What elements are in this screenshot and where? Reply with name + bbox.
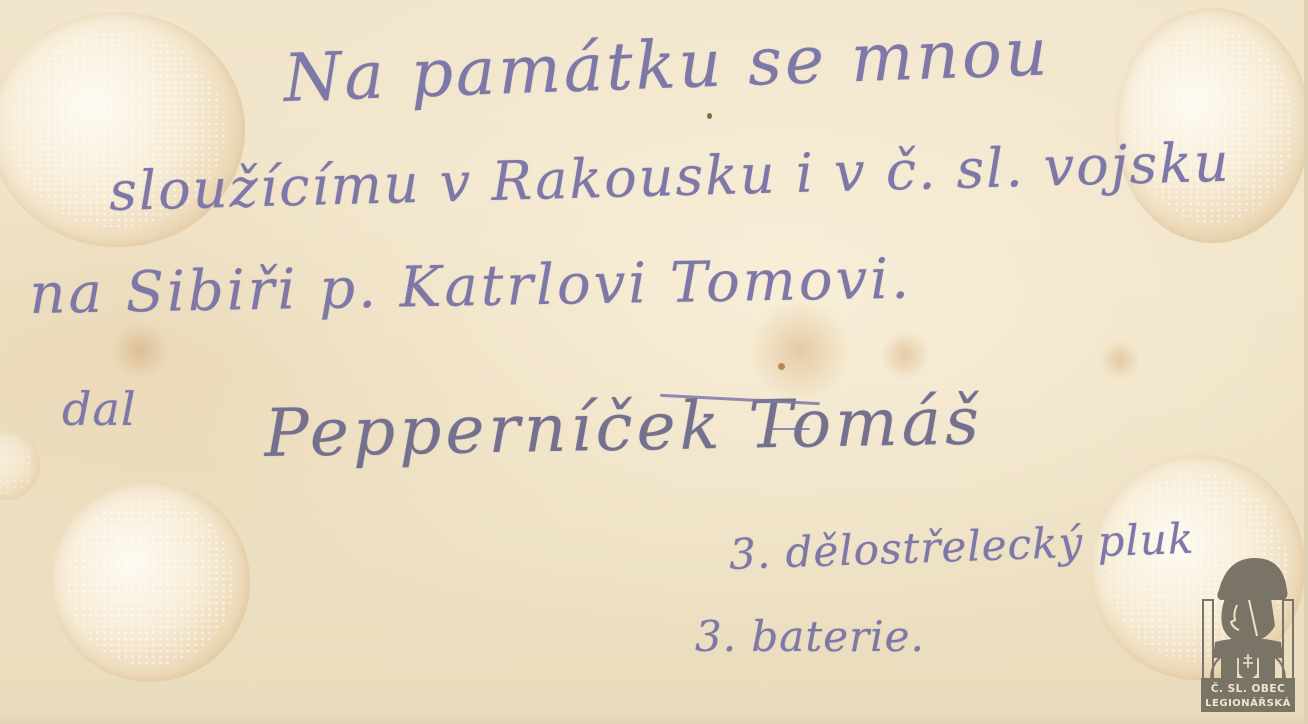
glue-spot-top-right	[1115, 8, 1308, 243]
speck	[778, 363, 785, 370]
speck	[707, 113, 712, 119]
glue-spot-bottom-left	[50, 482, 250, 682]
handwriting-dal: dal	[62, 382, 137, 436]
handwriting-line-2: sloužícímu v Rakousku i v č. sl. vojsku	[108, 131, 1231, 223]
unit-battery: 3. baterie.	[695, 612, 925, 661]
stain	[880, 330, 930, 380]
card-right-edge	[1304, 0, 1308, 724]
card-bottom-edge	[0, 714, 1308, 724]
logo-text-line-1: Č. SL. OBEC	[1197, 683, 1299, 695]
glue-spot-left-edge	[0, 430, 40, 500]
stain	[110, 320, 170, 380]
stain	[1100, 340, 1140, 380]
legion-logo: Č. SL. OBEC LEGIONÁŘSKÁ	[1197, 550, 1299, 715]
card-scan: Na památku se mnou sloužícímu v Rakousku…	[0, 0, 1308, 724]
signature-flourish	[770, 428, 810, 430]
handwriting-line-1: Na památku se mnou	[282, 13, 1051, 117]
logo-text-line-2: LEGIONÁŘSKÁ	[1197, 698, 1299, 709]
signature: Pepperníček Tomáš	[264, 382, 984, 472]
